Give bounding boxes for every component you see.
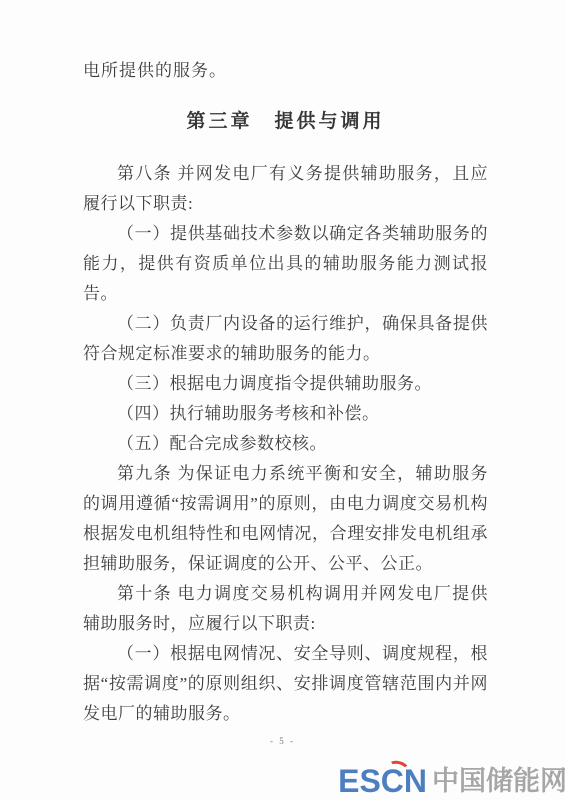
page-number: - 5 - <box>270 736 295 746</box>
paragraph: （五）配合完成参数校核。 <box>83 429 488 459</box>
document-content: 电所提供的服务。 第三章 提供与调用 第八条 并网发电厂有义务提供辅助服务，且应… <box>83 56 488 729</box>
page-footer: - 5 - <box>0 736 565 746</box>
paragraph: 第八条 并网发电厂有义务提供辅助服务，且应履行以下职责: <box>83 159 488 219</box>
escn-logo-en-wrap: ESCN <box>338 765 427 797</box>
paragraph: （二）负责厂内设备的运行维护，确保具备提供符合规定标准要求的辅助服务的能力。 <box>83 309 488 369</box>
chapter-heading: 第三章 提供与调用 <box>83 106 488 133</box>
paragraph: （四）执行辅助服务考核和补偿。 <box>83 399 488 429</box>
document-body: 第八条 并网发电厂有义务提供辅助服务，且应履行以下职责:（一）提供基础技术参数以… <box>83 159 488 729</box>
escn-watermark-logo: ESCN 中国储能网 <box>338 765 565 797</box>
paragraph: （一）提供基础技术参数以确定各类辅助服务的能力，提供有资质单位出具的辅助服务能力… <box>83 219 488 309</box>
escn-logo-cn-text: 中国储能网 <box>432 768 565 795</box>
paragraph: （一）根据电网情况、安全导则、调度规程，根据“按需调度”的原则组织、安排调度管辖… <box>83 639 488 729</box>
paragraph: 第十条 电力调度交易机构调用并网发电厂提供辅助服务时，应履行以下职责: <box>83 579 488 639</box>
paragraph: （三）根据电力调度指令提供辅助服务。 <box>83 369 488 399</box>
paragraph: 第九条 为保证电力系统平衡和安全，辅助服务的调用遵循“按需调用”的原则，由电力调… <box>83 459 488 579</box>
paragraph-continuation: 电所提供的服务。 <box>83 56 488 86</box>
escn-logo-text: ESCN <box>338 763 427 799</box>
document-page: 电所提供的服务。 第三章 提供与调用 第八条 并网发电厂有义务提供辅助服务，且应… <box>0 0 565 800</box>
